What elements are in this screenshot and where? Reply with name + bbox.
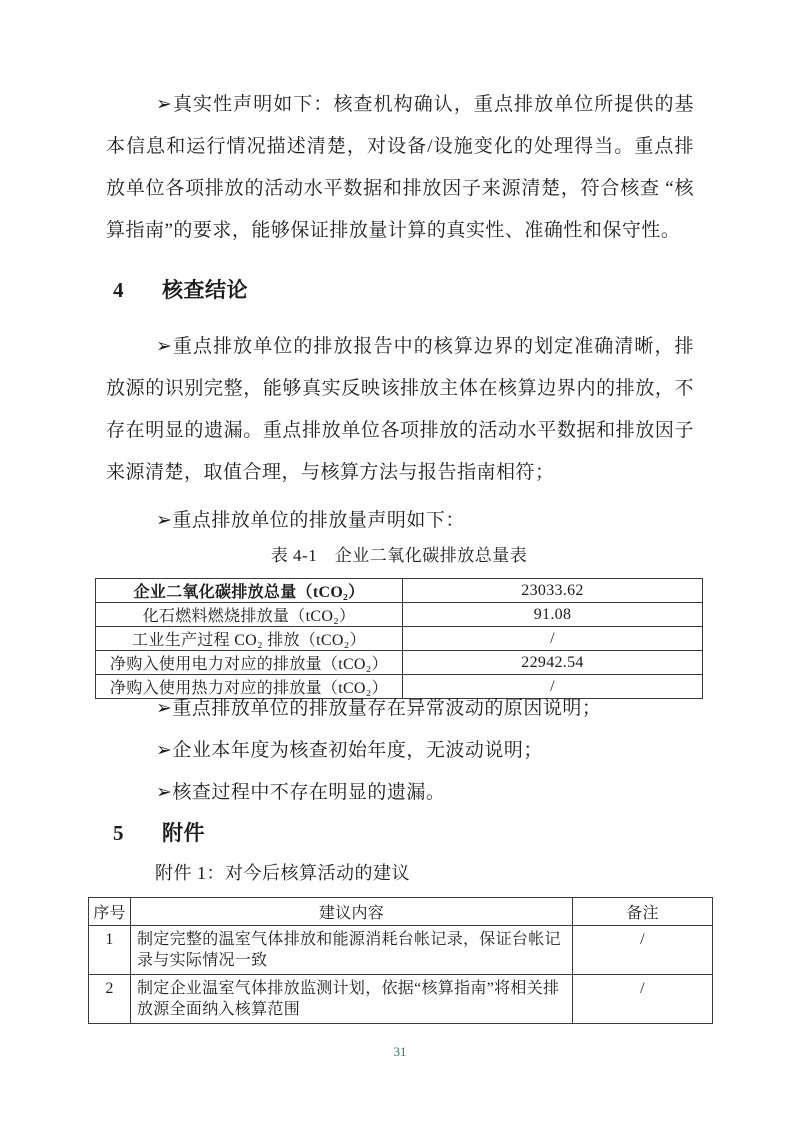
page-number: 31	[0, 1044, 800, 1060]
emission-row-value: /	[403, 675, 703, 699]
table-4-1-caption: 表 4-1 企业二氧化碳排放总量表	[95, 543, 703, 569]
emission-row-value: 91.08	[403, 603, 703, 627]
table-row: 企业二氧化碳排放总量（tCO₂） 23033.62	[96, 579, 703, 603]
table-row: 2 制定企业温室气体排放监测计划，依据“核算指南”将相关排放源全面纳入核算范围 …	[89, 975, 713, 1024]
section-number: 5	[113, 820, 162, 846]
emission-row-label: 工业生产过程 CO₂ 排放（tCO₂）	[96, 627, 403, 651]
emission-row-label: 净购入使用热力对应的排放量（tCO₂）	[96, 675, 403, 699]
paragraph-truthfulness-statement: ➢真实性声明如下：核查机构确认，重点排放单位所提供的基本信息和运行情况描述清楚，…	[106, 84, 694, 252]
header-remarks: 备注	[573, 898, 713, 926]
paragraph-verification-conclusion: ➢重点排放单位的排放报告中的核算边界的划定准确清晰，排放源的识别完整，能够真实反…	[106, 326, 694, 494]
suggestion-row-note: /	[573, 975, 713, 1024]
table-header-row: 序号 建议内容 备注	[89, 898, 713, 926]
header-serial-number: 序号	[89, 898, 131, 926]
bullet-no-omission: ➢核查过程中不存在明显的遗漏。	[106, 780, 694, 806]
document-page: ➢真实性声明如下：核查机构确认，重点排放单位所提供的基本信息和运行情况描述清楚，…	[0, 0, 800, 1132]
paragraph-emission-statement-intro: ➢重点排放单位的排放量声明如下：	[106, 508, 694, 534]
section-title: 核查结论	[162, 278, 248, 302]
suggestion-row-number: 2	[89, 975, 131, 1024]
bullet-fluctuation-explanation: ➢重点排放单位的排放量存在异常波动的原因说明；	[106, 696, 694, 722]
emission-row-value: /	[403, 627, 703, 651]
suggestion-row-number: 1	[89, 926, 131, 975]
bullet-initial-year: ➢企业本年度为核查初始年度，无波动说明；	[106, 738, 694, 764]
suggestion-row-note: /	[573, 926, 713, 975]
section-heading-5: 5附件	[113, 820, 205, 846]
table-row: 净购入使用电力对应的排放量（tCO₂） 22942.54	[96, 651, 703, 675]
suggestion-row-content: 制定完整的温室气体排放和能源消耗台帐记录，保证台帐记录与实际情况一致	[131, 926, 573, 975]
header-suggestion-content: 建议内容	[131, 898, 573, 926]
section-title: 附件	[162, 821, 205, 845]
attachment-1-heading: 附件 1：对今后核算活动的建议	[106, 860, 410, 886]
table-row: 化石燃料燃烧排放量（tCO₂） 91.08	[96, 603, 703, 627]
emission-total-table: 企业二氧化碳排放总量（tCO₂） 23033.62 化石燃料燃烧排放量（tCO₂…	[95, 578, 703, 699]
table-row: 1 制定完整的温室气体排放和能源消耗台帐记录，保证台帐记录与实际情况一致 /	[89, 926, 713, 975]
emission-row-label: 企业二氧化碳排放总量（tCO₂）	[96, 579, 403, 603]
emission-row-value: 23033.62	[403, 579, 703, 603]
section-heading-4: 4核查结论	[113, 277, 248, 303]
suggestion-row-content: 制定企业温室气体排放监测计划，依据“核算指南”将相关排放源全面纳入核算范围	[131, 975, 573, 1024]
suggestions-table: 序号 建议内容 备注 1 制定完整的温室气体排放和能源消耗台帐记录，保证台帐记录…	[88, 897, 713, 1024]
emission-row-label: 净购入使用电力对应的排放量（tCO₂）	[96, 651, 403, 675]
table-row: 净购入使用热力对应的排放量（tCO₂） /	[96, 675, 703, 699]
emission-row-label: 化石燃料燃烧排放量（tCO₂）	[96, 603, 403, 627]
section-number: 4	[113, 277, 162, 303]
table-row: 工业生产过程 CO₂ 排放（tCO₂） /	[96, 627, 703, 651]
emission-row-value: 22942.54	[403, 651, 703, 675]
